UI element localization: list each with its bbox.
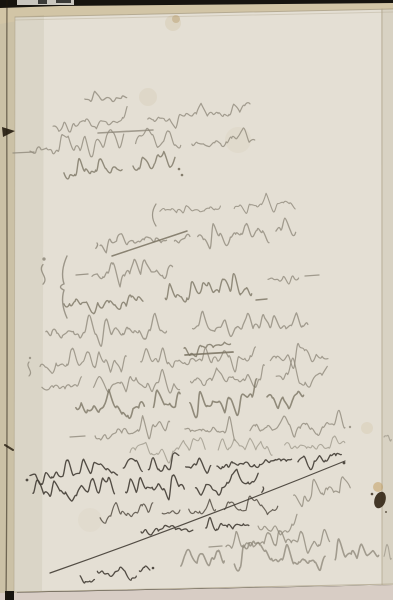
patch-mark-2 bbox=[56, 0, 71, 3]
stain-upper-left bbox=[139, 88, 157, 106]
period-ink-22 bbox=[152, 567, 155, 570]
period-line-14 bbox=[349, 426, 351, 428]
stain-right bbox=[361, 422, 373, 434]
notebook-page-canvas bbox=[0, 0, 393, 600]
page-sheet bbox=[14, 9, 393, 592]
margin-question-mark-dot bbox=[42, 257, 45, 260]
colon-dot-1 bbox=[178, 168, 181, 171]
question-line-11-dot bbox=[29, 357, 31, 359]
stain-small-top-halo bbox=[165, 15, 181, 31]
ink-blot-speck-1 bbox=[371, 493, 374, 496]
colon-dot-2 bbox=[181, 174, 184, 177]
ink-blot-halo bbox=[373, 482, 383, 492]
ink-blot-speck-2 bbox=[385, 511, 387, 513]
stain-lower-left bbox=[78, 508, 102, 532]
trailing-dash-line-08 bbox=[256, 299, 267, 300]
patch-mark-1 bbox=[38, 0, 47, 4]
manuscript-photo bbox=[0, 0, 393, 600]
page-left-shade bbox=[14, 15, 44, 600]
leading-dot-ink-16 bbox=[26, 479, 29, 482]
